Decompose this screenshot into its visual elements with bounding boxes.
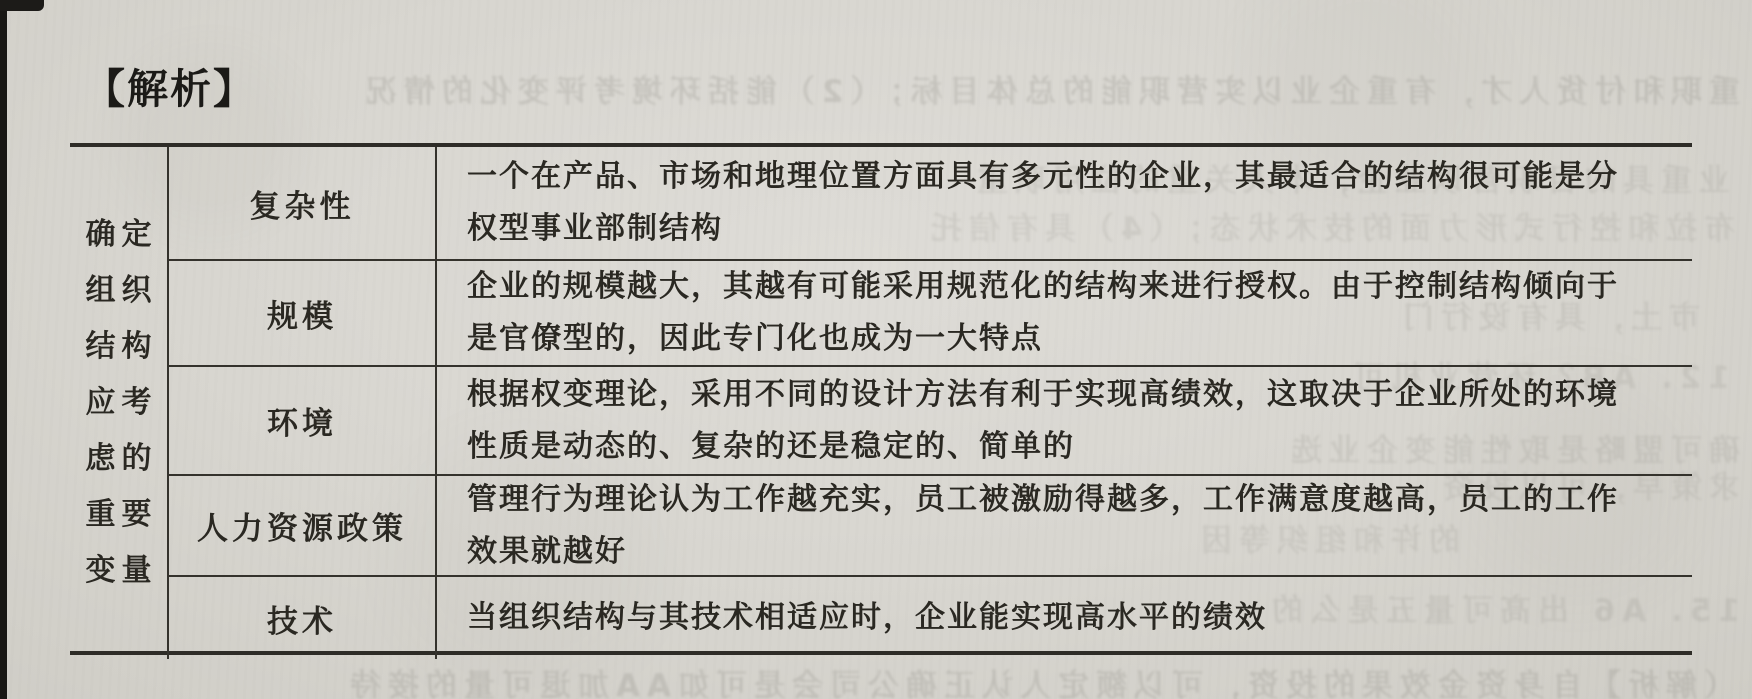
group-label-line: 变量 bbox=[86, 543, 158, 599]
description-cell-environment: 根据权变理论，采用不同的设计方法有利于实现高绩效，这取决于企业所处的环境 性质是… bbox=[437, 367, 1692, 476]
description-line: 根据权变理论，采用不同的设计方法有利于实现高绩效，这取决于企业所处的环境 bbox=[467, 369, 1682, 421]
description-line: 企业的规模越大，其越有可能采用规范化的结构来进行授权。由于控制结构倾向于 bbox=[467, 261, 1682, 313]
group-label-line: 结构 bbox=[86, 319, 158, 375]
group-label-line: 重要 bbox=[86, 487, 158, 543]
factor-cell-technology: 技术 bbox=[169, 577, 437, 659]
description-line: 一个在产品、市场和地理位置方面具有多元性的企业，其最适合的结构很可能是分 bbox=[467, 151, 1682, 203]
description-line: 权型事业部制结构 bbox=[467, 203, 1682, 255]
description-cell-complexity: 一个在产品、市场和地理位置方面具有多元性的企业，其最适合的结构很可能是分 权型事… bbox=[437, 147, 1692, 261]
group-label-line: 组织 bbox=[86, 263, 158, 319]
description-line: 是官僚型的，因此专门化也成为一大特点 bbox=[467, 313, 1682, 365]
group-label-line: 应考 bbox=[86, 375, 158, 431]
group-label-line: 确定 bbox=[86, 207, 158, 263]
factor-cell-scale: 规模 bbox=[169, 261, 437, 367]
scanned-page: 重职和付货人才，有重企业以实营职能的总体目标；（2）能括环境考评变化的情况 业重… bbox=[0, 0, 1752, 699]
factor-cell-hr-policy: 人力资源政策 bbox=[169, 476, 437, 577]
description-line: 效果就越好 bbox=[467, 526, 1682, 578]
description-line: 当组织结构与其技术相适应时，企业能实现高水平的绩效 bbox=[467, 592, 1682, 644]
section-heading: 【解析】 bbox=[84, 56, 256, 115]
row-group-label: 确定 组织 结构 应考 虑的 重要 变量 bbox=[70, 147, 169, 659]
group-label-line: 虑的 bbox=[86, 431, 158, 487]
description-cell-hr-policy: 管理行为理论认为工作越充实，员工被激励得越多，工作满意度越高，员工的工作 效果就… bbox=[437, 476, 1692, 577]
bleed-through-text: （解析】自身资金效果的投资，可以额定人认正确公司会是可如AA加退可量的接待 bbox=[75, 660, 1735, 699]
description-cell-technology: 当组织结构与其技术相适应时，企业能实现高水平的绩效 bbox=[437, 577, 1692, 659]
factor-cell-environment: 环境 bbox=[169, 367, 437, 476]
analysis-table: 确定 组织 结构 应考 虑的 重要 变量 复杂性 一个在产品、市场和地理位置方面… bbox=[70, 143, 1692, 655]
scan-edge bbox=[0, 0, 7, 699]
description-cell-scale: 企业的规模越大，其越有可能采用规范化的结构来进行授权。由于控制结构倾向于 是官僚… bbox=[437, 261, 1692, 367]
description-line: 性质是动态的、复杂的还是稳定的、简单的 bbox=[467, 421, 1682, 473]
description-line: 管理行为理论认为工作越充实，员工被激励得越多，工作满意度越高，员工的工作 bbox=[467, 474, 1682, 526]
scan-artifact bbox=[0, 0, 44, 11]
bleed-through-text: 重职和付货人才，有重企业以实营职能的总体目标；（2）能括环境考评变化的情况 bbox=[225, 66, 1740, 111]
factor-cell-complexity: 复杂性 bbox=[169, 147, 437, 261]
